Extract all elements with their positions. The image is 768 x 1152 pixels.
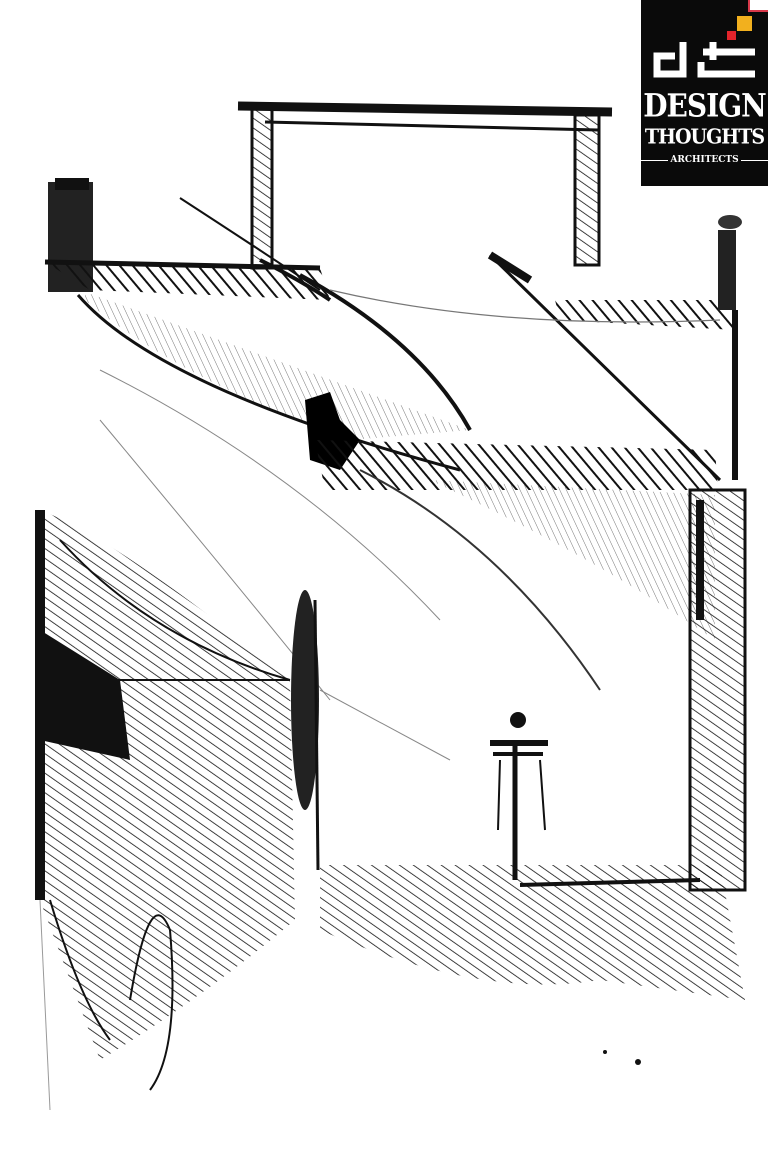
logo-line-architects-row: ARCHITECTS [641, 153, 768, 167]
logo-rule-left [641, 160, 668, 161]
central-column [291, 590, 319, 870]
logo-line-design: DESIGN [641, 90, 768, 122]
rooftop-figure [718, 215, 742, 480]
right-pillar [690, 490, 745, 890]
yellow-square-icon [737, 16, 752, 31]
dt-monogram-icon [653, 38, 759, 78]
logo-line-thoughts: THOUGHTS [641, 126, 768, 148]
corner-outline [748, 0, 768, 12]
standing-figure [490, 712, 548, 880]
logo-rule-right [741, 160, 768, 161]
logo-line-architects: ARCHITECTS [668, 154, 740, 166]
design-thoughts-logo: DESIGN THOUGHTS ARCHITECTS [641, 0, 768, 186]
left-wall [40, 510, 295, 1060]
